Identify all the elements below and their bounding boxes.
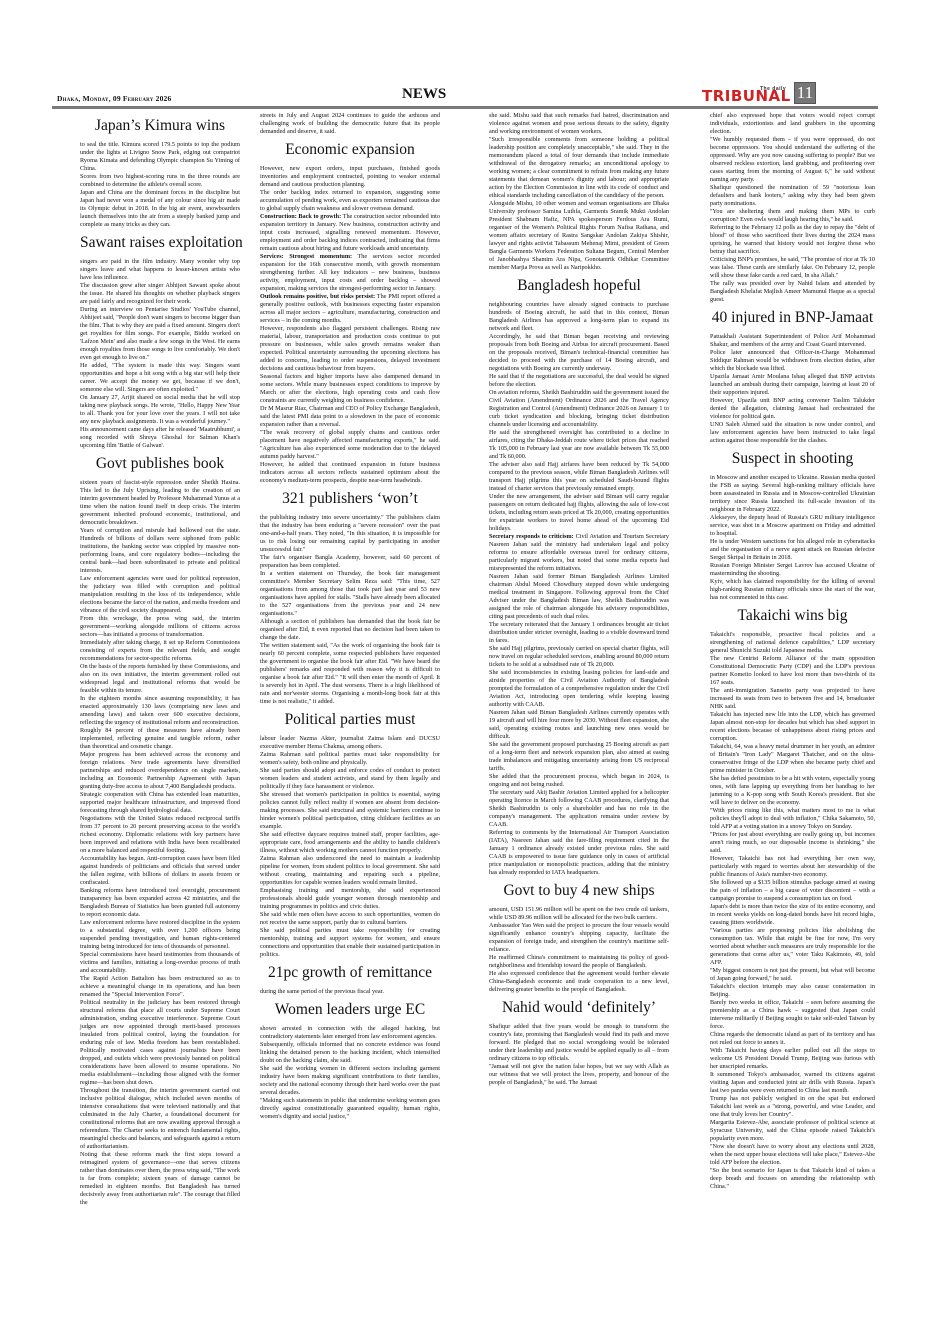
article-headline: Women leaders urge EC (260, 1001, 440, 1019)
paragraph-text: sixteen years of fascist-style repressio… (80, 479, 240, 526)
paragraph-text: she said. Mishu said that such remarks f… (489, 112, 669, 135)
article-paragraph: He said that if the negotiations are suc… (489, 373, 669, 389)
article-paragraph: "Making such statements in public that u… (260, 1097, 440, 1121)
article-paragraph: Police later announced that Officer-in-C… (710, 349, 875, 373)
paragraph-text: He is under Western sanctions for his al… (710, 538, 875, 561)
paragraph-text: She said while men often have access to … (260, 911, 440, 926)
article-paragraph: China regards the democratic island as p… (710, 1031, 875, 1047)
paragraph-text: Scores from two highest-scoring runs in … (80, 173, 240, 188)
article-paragraph: She said effective daycare requires trai… (260, 831, 440, 855)
paragraph-text: Noting that these reforms mark the first… (80, 1151, 240, 1206)
paragraph-text: Takaichi has injected new life into the … (710, 711, 875, 742)
article-paragraph: Noting that these reforms mark the first… (80, 1151, 240, 1207)
article-paragraph: Banking reforms have introduced tool ove… (80, 887, 240, 919)
paragraph-text: Strategic cooperation with China has ext… (80, 791, 240, 814)
article-paragraph: The rally was presided over by Nahid Isl… (710, 280, 875, 304)
logo-tagline: The daily (760, 81, 786, 97)
article-paragraph: His announcement came days after he rele… (80, 426, 240, 450)
article-paragraph: in Moscow and another escaped to Ukraine… (710, 474, 875, 514)
paragraph-text: "With prices rising like this, what matt… (710, 807, 875, 830)
article-paragraph: She said inconsistencies in existing lea… (489, 669, 669, 709)
article-paragraph: Roughly 84 percent of these measures hav… (80, 727, 240, 751)
article-headline: 321 publishers ‘won’t (260, 490, 440, 508)
paragraph-text: Emphasising training and mentorship, she… (260, 887, 440, 910)
article-paragraph: Construction: Back to growth: The constr… (260, 213, 440, 253)
paragraph-lead: Outlook remains positive, but risks pers… (260, 293, 375, 300)
paragraph-text: The written statement said, "As the work… (260, 642, 440, 705)
paragraph-text: Seasonal factors and higher imports have… (260, 373, 440, 404)
article-paragraph: Margarita Estevez-Abe, associate profess… (710, 1119, 875, 1143)
article-paragraph: Accordingly, he said that Biman began re… (489, 333, 669, 373)
article-paragraph: "Now she doesn't have to worry about any… (710, 1143, 875, 1167)
paragraph-text: He reaffirmed China's commitment to main… (489, 954, 669, 969)
article-paragraph: the publishing industry into severe unce… (260, 514, 440, 554)
article-paragraph: On January 27, Arijit shared on social m… (80, 394, 240, 426)
paragraph-text: "The weak recovery of global supply chai… (260, 429, 440, 460)
paragraph-text: In the eighteen months since assuming re… (80, 695, 240, 726)
article-paragraph: The Rapid Action Battalion has been rest… (80, 975, 240, 999)
article-paragraph: However, new export orders, input purcha… (260, 165, 440, 189)
article-paragraph: Seasonal factors and higher imports have… (260, 373, 440, 405)
paragraph-text: Zaima Rahman said political parties must… (260, 751, 440, 766)
paragraph-text: Barely two weeks in office, Takaichi – s… (710, 999, 875, 1030)
paragraph-text: Shafiqur added that five years would be … (489, 1023, 669, 1062)
article-paragraph: The adviser also said Hajj airfares have… (489, 461, 669, 493)
paragraph-text: She added that the procurement process, … (489, 773, 669, 788)
paragraph-text: during the same period of the previous f… (260, 988, 384, 995)
article-paragraph: Although a section of publishers has dem… (260, 618, 440, 642)
article-paragraph: She said the government proposed purchas… (489, 741, 669, 773)
article-headline: Govt publishes book (80, 455, 240, 473)
article-paragraph: Law enforcement agencies were used for p… (80, 575, 240, 615)
paragraph-text: However, Takaichi has not had everything… (710, 855, 875, 878)
article-paragraph: Patuakhali Assistant Superintendent of P… (710, 333, 875, 349)
paragraph-text: However, he added that continued expansi… (260, 461, 440, 484)
paragraph-text: She said parties should adopt and enforc… (260, 767, 440, 790)
paragraph-text: He said the strengthened oversight has c… (489, 429, 669, 460)
article-headline: 21pc growth of remittance (260, 964, 440, 982)
article-paragraph: Takaichi, 64, was a heavy metal drummer … (710, 743, 875, 775)
article-paragraph: Negotiations with the United States redu… (80, 815, 240, 855)
article-paragraph: Secretary responds to criticism: Civil A… (489, 533, 669, 573)
article-paragraph: shown arrested in connection with the al… (260, 1025, 440, 1041)
article-paragraph: singers are paid in the film industry. M… (80, 258, 240, 282)
paragraph-lead: Services: Strongest momentum: (260, 253, 352, 260)
article-paragraph: The secretary said Akij Bashir Aviation … (489, 789, 669, 829)
paragraph-text: Shafiqur questioned the nomination of 59… (710, 184, 875, 207)
article-headline: 40 injured in BNP-Jamaat (710, 309, 875, 327)
article-paragraph: Accountability has begun. Anti-corruptio… (80, 855, 240, 887)
dateline: Dhaka, Monday, 09 February 2026 (57, 94, 171, 103)
paragraph-text: Law enforcement agencies were used for p… (80, 575, 240, 614)
article-paragraph: He reaffirmed China's commitment to main… (489, 954, 669, 970)
article-paragraph: It summoned Tokyo's ambassador, warned i… (710, 1071, 875, 1095)
paragraph-text: She followed up a $135 billion stimulus … (710, 879, 875, 902)
paragraph-text: Kyiv, which has claimed responsibility f… (710, 578, 875, 601)
section-title: NEWS (402, 86, 446, 103)
paragraph-text: The discussion grew after singer Abhijee… (80, 282, 240, 305)
article-paragraph: On the basis of the reports furnished by… (80, 663, 240, 695)
article-paragraph: He also expressed confidence that the ag… (489, 970, 669, 994)
article-paragraph: "Jamaat will not give the nation false h… (489, 1063, 669, 1087)
article-paragraph: The secretary reiterated that the Januar… (489, 621, 669, 645)
paragraph-text: Although a section of publishers has dem… (260, 618, 440, 641)
article-paragraph: Emphasising training and mentorship, she… (260, 887, 440, 911)
article-paragraph: Referring to the February 12 polls as th… (710, 224, 875, 256)
paragraph-text: labour leader Nazma Akter, journalist Za… (260, 735, 440, 750)
article-paragraph: She said parties should adopt and enforc… (260, 767, 440, 791)
article-paragraph: Alongside Mishu, 10 other women and woma… (489, 200, 669, 272)
article-paragraph: Ambassador Yao Wen said the project to p… (489, 922, 669, 954)
article-paragraph: amount, USD 151.96 million will be spent… (489, 906, 669, 922)
paragraph-text: "Various parties are proposing policies … (710, 927, 875, 966)
paragraph-text: Dr M Masrur Riaz, Chairman and CEO of Po… (260, 405, 440, 428)
article-paragraph: sixteen years of fascist-style repressio… (80, 479, 240, 527)
paragraph-text: The anti-immigration Sanseito party was … (710, 687, 875, 710)
article-paragraph: Dr M Masrur Riaz, Chairman and CEO of Po… (260, 405, 440, 429)
article-paragraph: "Such irresponsible comments from someon… (489, 136, 669, 200)
masthead: Dhaka, Monday, 09 February 2026 NEWS The… (52, 82, 878, 106)
article-paragraph: During an interview on Pentarise Studios… (80, 306, 240, 362)
article-paragraph: Nasreen Jahan said Biman Bangladesh Airl… (489, 709, 669, 741)
paragraph-text: She stressed that women's participation … (260, 791, 440, 830)
article-paragraph: Scores from two highest-scoring runs in … (80, 173, 240, 189)
article-paragraph: Criticising BNP's promises, he said, "Th… (710, 256, 875, 280)
article-paragraph: With Takaichi having days earlier pulled… (710, 1047, 875, 1071)
paragraph-text: However, new export orders, input purcha… (260, 165, 440, 188)
paragraph-text: She said Hajj pilgrims, previously carri… (489, 645, 669, 668)
article-paragraph: "With prices rising like this, what matt… (710, 807, 875, 831)
paragraph-text: From this wreckage, the press wing said,… (80, 615, 240, 638)
article-paragraph: Years of corruption and misrule had holl… (80, 527, 240, 575)
paragraph-text: The Rapid Action Battalion has been rest… (80, 975, 240, 998)
article-paragraph: "The weak recovery of global supply chai… (260, 429, 440, 461)
article-paragraph: Nasreen Jahan said former Biman Banglade… (489, 573, 669, 621)
article-paragraph: Takaichi's election triumph may also cau… (710, 983, 875, 999)
article-paragraph: She said political parties must take res… (260, 927, 440, 959)
paragraph-text: "We humbly requested them – if you were … (710, 136, 875, 183)
article-paragraph: She followed up a $135 billion stimulus … (710, 879, 875, 903)
paragraph-text: Russian Foreign Minister Sergei Lavrov h… (710, 562, 875, 577)
column-3: she said. Mishu said that such remarks f… (489, 112, 669, 1087)
article-paragraph: She said the working women in different … (260, 1065, 440, 1097)
article-paragraph: He added, "The system is made this way. … (80, 362, 240, 394)
paragraph-text: The secretary said Akij Bashir Aviation … (489, 789, 669, 828)
paragraph-text: Accordingly, he said that Biman began re… (489, 333, 669, 372)
paragraph-text: singers are paid in the film industry. M… (80, 258, 240, 281)
article-paragraph: Outlook remains positive, but risks pers… (260, 293, 440, 325)
paragraph-text: Roughly 84 percent of these measures hav… (80, 727, 240, 750)
article-paragraph: The written statement said, "As the work… (260, 642, 440, 706)
article-paragraph: "Prices for just about everything are re… (710, 831, 875, 855)
article-paragraph: "You are sheltering them and making them… (710, 208, 875, 224)
article-paragraph: Barely two weeks in office, Takaichi – s… (710, 999, 875, 1031)
paragraph-text: On January 27, Arijit shared on social m… (80, 394, 240, 425)
page-number: 11 (794, 82, 816, 104)
paragraph-text: Police later announced that Officer-in-C… (710, 349, 875, 372)
article-paragraph: Japan's debt is more than twice the size… (710, 903, 875, 927)
article-paragraph: The order backlog index returned to expa… (260, 189, 440, 213)
paragraph-text: Negotiations with the United States redu… (80, 815, 240, 854)
paragraph-lead: Construction: Back to growth: (260, 213, 341, 220)
paragraph-text: Patuakhali Assistant Superintendent of P… (710, 333, 875, 348)
paragraph-text: Criticising BNP's promises, he said, "Th… (710, 256, 875, 279)
article-paragraph: Special commissions have heard testimoni… (80, 951, 240, 975)
article-paragraph: In the eighteen months since assuming re… (80, 695, 240, 727)
article-paragraph: Political neutrality in the judiciary ha… (80, 999, 240, 1087)
paragraph-text: Political neutrality in the judiciary ha… (80, 999, 240, 1086)
article-headline: Govt to buy 4 new ships (489, 882, 669, 900)
paragraph-text: Referring to the February 12 polls as th… (710, 224, 875, 255)
paragraph-text: The fair's organiser Bangla Academy, how… (260, 554, 440, 569)
paragraph-text: However, Upazila unit BNP acting convene… (710, 397, 875, 420)
article-paragraph: Major progress has been achieved across … (80, 751, 240, 791)
article-headline: Bangladesh hopeful (489, 277, 669, 295)
article-paragraph: In a written statement on Thursday, the … (260, 570, 440, 618)
newspaper-page: Dhaka, Monday, 09 February 2026 NEWS The… (52, 0, 878, 1336)
article-paragraph: He is under Western sanctions for his al… (710, 538, 875, 562)
header-divider (52, 106, 878, 109)
paragraph-text: Ambassador Yao Wen said the project to p… (489, 922, 669, 953)
paragraph-text: His announcement came days after he rele… (80, 426, 240, 449)
paragraph-text: "Now she doesn't have to worry about any… (710, 1143, 875, 1166)
article-paragraph: She has defied pessimists to be a hit wi… (710, 775, 875, 807)
article-paragraph: Subsequently, officials informed that no… (260, 1041, 440, 1065)
article-paragraph: Upazila Jamaat Amir Moulana Ishaq allege… (710, 373, 875, 397)
paragraph-text: Takaichi's election triumph may also cau… (710, 983, 875, 998)
article-paragraph: She said Hajj pilgrims, previously carri… (489, 645, 669, 669)
paragraph-text: Nasreen Jahan said former Biman Banglade… (489, 573, 669, 620)
paragraph-text: However, respondents also flagged persis… (260, 325, 440, 372)
paragraph-text: Immediately after taking charge, it set … (80, 639, 240, 662)
paragraph-text: He said that if the negotiations are suc… (489, 373, 669, 388)
article-headline: Suspect in shooting (710, 450, 875, 468)
paragraph-text: During an interview on Pentarise Studios… (80, 306, 240, 361)
paragraph-text: Takaichi, 64, was a heavy metal drummer … (710, 743, 875, 774)
column-2: streets in July and August 2024 continue… (260, 112, 440, 1121)
paragraph-text: Law enforcement reforms have restored di… (80, 919, 240, 950)
article-paragraph: "Various parties are proposing policies … (710, 927, 875, 967)
column-1: Japan’s Kimura winsto seal the title. Ki… (80, 112, 240, 1207)
paragraph-text: Nasreen Jahan said Biman Bangladesh Airl… (489, 709, 669, 740)
paragraph-text: "So the best scenario for Japan is that … (710, 1167, 875, 1190)
article-paragraph: The anti-immigration Sanseito party was … (710, 687, 875, 711)
paragraph-text: Trump has not publicly weighed in on the… (710, 1095, 875, 1118)
paragraph-text: She said inconsistencies in existing lea… (489, 669, 669, 708)
article-paragraph: Referring to comments by the Internation… (489, 829, 669, 877)
article-paragraph: Russian Foreign Minister Sergei Lavrov h… (710, 562, 875, 578)
paragraph-text: He added, "The system is made this way. … (80, 362, 240, 393)
paragraph-text: "Prices for just about everything are re… (710, 831, 875, 854)
article-paragraph: The discussion grew after singer Abhijee… (80, 282, 240, 306)
paragraph-text: "My biggest concern is not just the pres… (710, 967, 875, 982)
article-paragraph: However, Takaichi has not had everything… (710, 855, 875, 879)
paragraph-text: Takaichi's responsible, proactive fiscal… (710, 631, 875, 654)
paragraph-text: It summoned Tokyo's ambassador, warned i… (710, 1071, 875, 1094)
article-paragraph: to seal the title. Kimura scored 179.5 p… (80, 141, 240, 173)
article-paragraph: streets in July and August 2024 continue… (260, 112, 440, 136)
paragraph-text: With Takaichi having days earlier pulled… (710, 1047, 875, 1070)
paragraph-text: The new Centrist Reform Alliance of the … (710, 655, 875, 686)
paragraph-text: Under the new arrangement, the adviser s… (489, 493, 669, 532)
article-paragraph: However, he added that continued expansi… (260, 461, 440, 485)
paragraph-text: The rally was presided over by Nahid Isl… (710, 280, 875, 303)
article-paragraph: She said while men often have access to … (260, 911, 440, 927)
article-paragraph: Services: Strongest momentum: The servic… (260, 253, 440, 293)
article-headline: Sawant raises exploitation (80, 234, 240, 252)
paragraph-text: to seal the title. Kimura scored 179.5 p… (80, 141, 240, 172)
paragraph-text: On aviation reforms, Sheikh Bashiruddin … (489, 389, 669, 428)
paragraph-text: neighbouring countries have already sign… (489, 301, 669, 332)
article-paragraph: Shafiqur added that five years would be … (489, 1023, 669, 1063)
article-headline: Economic expansion (260, 141, 440, 159)
paragraph-text: Zaima Rahman also underscored the need t… (260, 855, 440, 886)
article-paragraph: "We humbly requested them – if you were … (710, 136, 875, 184)
paragraph-text: China regards the democratic island as p… (710, 1031, 875, 1046)
article-paragraph: during the same period of the previous f… (260, 988, 440, 996)
paragraph-text: "Such irresponsible comments from someon… (489, 136, 669, 199)
paragraph-text: Major progress has been achieved across … (80, 751, 240, 790)
article-paragraph: Japan and China are the dominant forces … (80, 189, 240, 229)
paragraph-text: Japan and China are the dominant forces … (80, 189, 240, 228)
newspaper-logo: The daily TRIBUNAL 11 (702, 82, 816, 104)
paragraph-text: She said the working women in different … (260, 1065, 440, 1096)
paragraph-text: The adviser also said Hajj airfares have… (489, 461, 669, 492)
paragraph-text: in Moscow and another escaped to Ukraine… (710, 474, 875, 513)
paragraph-text: She has defied pessimists to be a hit wi… (710, 775, 875, 806)
paragraph-text: Upazila Jamaat Amir Moulana Ishaq allege… (710, 373, 875, 396)
article-paragraph: Takaichi's responsible, proactive fiscal… (710, 631, 875, 655)
article-paragraph: "My biggest concern is not just the pres… (710, 967, 875, 983)
paragraph-text: Throughout the transition, the interim g… (80, 1087, 240, 1150)
paragraph-text: She said the government proposed purchas… (489, 741, 669, 772)
article-paragraph: Strategic cooperation with China has ext… (80, 791, 240, 815)
paragraph-text: Alekseyev, the deputy head of Russia's G… (710, 514, 875, 537)
paragraph-text: On the basis of the reports furnished by… (80, 663, 240, 694)
article-paragraph: Kyiv, which has claimed responsibility f… (710, 578, 875, 602)
paragraph-text: The secretary reiterated that the Januar… (489, 621, 669, 644)
paragraph-text: chief also expressed hope that voters wo… (710, 112, 875, 135)
paragraph-text: He also expressed confidence that the ag… (489, 970, 669, 993)
column-4: chief also expressed hope that voters wo… (710, 112, 875, 1191)
paragraph-text: shown arrested in connection with the al… (260, 1025, 440, 1040)
article-paragraph: The new Centrist Reform Alliance of the … (710, 655, 875, 687)
article-paragraph: chief also expressed hope that voters wo… (710, 112, 875, 136)
paragraph-text: The order backlog index returned to expa… (260, 189, 440, 212)
paragraph-text: Japan's debt is more than twice the size… (710, 903, 875, 926)
article-headline: Japan’s Kimura wins (80, 117, 240, 135)
article-paragraph: "So the best scenario for Japan is that … (710, 1167, 875, 1191)
paragraph-text: "Making such statements in public that u… (260, 1097, 440, 1120)
paragraph-text: Margarita Estevez-Abe, associate profess… (710, 1119, 875, 1142)
paragraph-text: amount, USD 151.96 million will be spent… (489, 906, 669, 921)
article-paragraph: The fair's organiser Bangla Academy, how… (260, 554, 440, 570)
article-paragraph: UNO Saleh Ahmed said the situation is no… (710, 421, 875, 445)
article-paragraph: From this wreckage, the press wing said,… (80, 615, 240, 639)
paragraph-text: streets in July and August 2024 continue… (260, 112, 440, 135)
article-headline: Takaichi wins big (710, 607, 875, 625)
paragraph-text: UNO Saleh Ahmed said the situation is no… (710, 421, 875, 444)
article-paragraph: He said the strengthened oversight has c… (489, 429, 669, 461)
paragraph-text: Years of corruption and misrule had holl… (80, 527, 240, 574)
article-paragraph: However, respondents also flagged persis… (260, 325, 440, 373)
article-paragraph: Trump has not publicly weighed in on the… (710, 1095, 875, 1119)
article-headline: Political parties must (260, 711, 440, 729)
paragraph-text: In a written statement on Thursday, the … (260, 570, 440, 617)
article-paragraph: she said. Mishu said that such remarks f… (489, 112, 669, 136)
article-paragraph: She stressed that women's participation … (260, 791, 440, 831)
paragraph-text: Alongside Mishu, 10 other women and woma… (489, 200, 669, 271)
paragraph-text: Accountability has begun. Anti-corruptio… (80, 855, 240, 886)
article-paragraph: Zaima Rahman also underscored the need t… (260, 855, 440, 887)
paragraph-lead: Secretary responds to criticism: (489, 533, 574, 540)
paragraph-text: She said political parties must take res… (260, 927, 440, 958)
article-paragraph: Takaichi has injected new life into the … (710, 711, 875, 743)
article-paragraph: Alekseyev, the deputy head of Russia's G… (710, 514, 875, 538)
paragraph-text: Referring to comments by the Internation… (489, 829, 669, 876)
article-paragraph: However, Upazila unit BNP acting convene… (710, 397, 875, 421)
article-headline: Nahid would ‘definitely’ (489, 999, 669, 1017)
article-paragraph: labour leader Nazma Akter, journalist Za… (260, 735, 440, 751)
article-paragraph: Law enforcement reforms have restored di… (80, 919, 240, 951)
paragraph-text: "Jamaat will not give the nation false h… (489, 1063, 669, 1086)
paragraph-text: the publishing industry into severe unce… (260, 514, 440, 553)
paragraph-text: "You are sheltering them and making them… (710, 208, 875, 223)
article-paragraph: She added that the procurement process, … (489, 773, 669, 789)
paragraph-text: Subsequently, officials informed that no… (260, 1041, 440, 1064)
logo-wordmark: The daily TRIBUNAL (702, 88, 791, 104)
article-paragraph: Immediately after taking charge, it set … (80, 639, 240, 663)
article-paragraph: Under the new arrangement, the adviser s… (489, 493, 669, 533)
paragraph-text: Banking reforms have introduced tool ove… (80, 887, 240, 918)
paragraph-text: Special commissions have heard testimoni… (80, 951, 240, 974)
article-paragraph: neighbouring countries have already sign… (489, 301, 669, 333)
article-paragraph: On aviation reforms, Sheikh Bashiruddin … (489, 389, 669, 429)
article-paragraph: Throughout the transition, the interim g… (80, 1087, 240, 1151)
article-paragraph: Shafiqur questioned the nomination of 59… (710, 184, 875, 208)
article-paragraph: Zaima Rahman said political parties must… (260, 751, 440, 767)
paragraph-text: She said effective daycare requires trai… (260, 831, 440, 854)
